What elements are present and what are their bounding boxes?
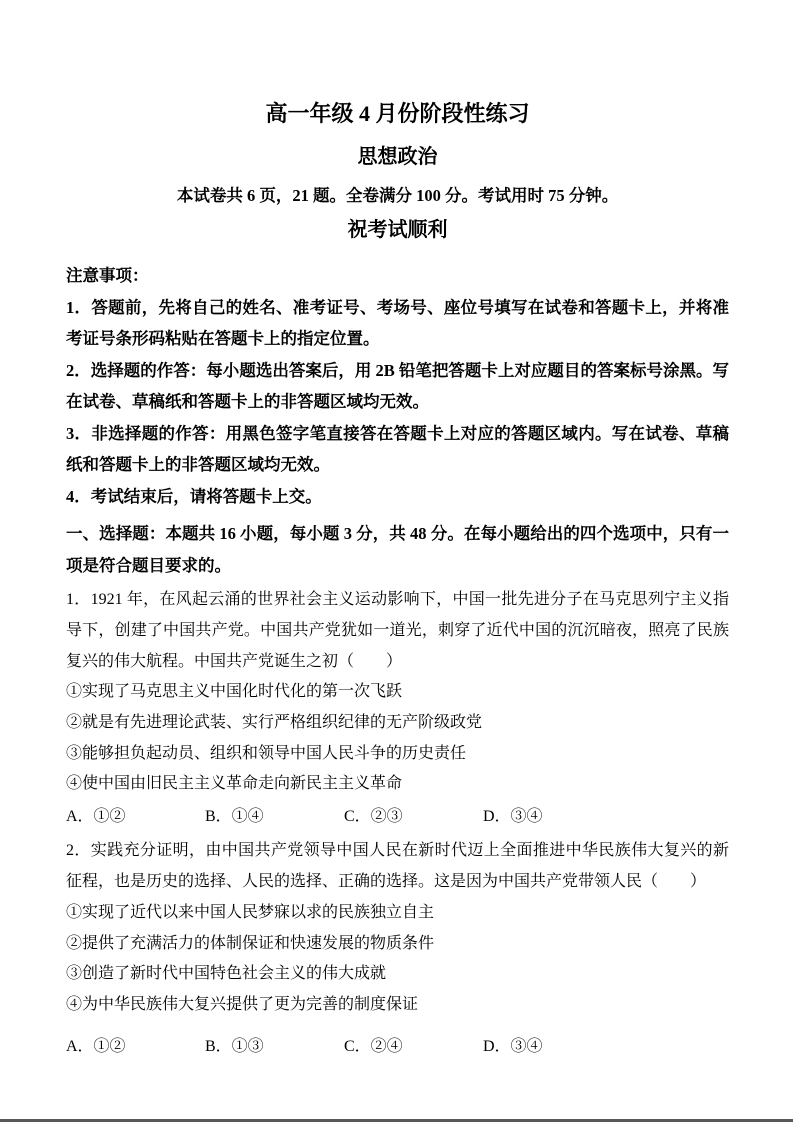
notice-item-3: 3．非选择题的作答：用黑色签字笔直接答在答题卡上对应的答题区域内。写在试卷、草稿…	[66, 418, 729, 481]
question-1-option-b: B．①④	[205, 802, 344, 833]
notice-item-1: 1．答题前，先将自己的姓名、准考证号、考场号、座位号填写在试卷和答题卡上，并将准…	[66, 292, 729, 355]
question-2-option-c: C．②④	[344, 1032, 483, 1063]
question-1: 1．1921 年，在风起云涌的世界社会主义运动影响下，中国一批先进分子在马克思列…	[66, 585, 729, 832]
question-1-option-c: C．②③	[344, 802, 483, 833]
exam-subject: 思想政治	[66, 144, 729, 170]
question-2-statement-3: ③创造了新时代中国特色社会主义的伟大成就	[66, 959, 729, 990]
page-content: 高一年级 4 月份阶段性练习 思想政治 本试卷共 6 页，21 题。全卷满分 1…	[66, 0, 729, 1063]
notice-item-2: 2．选择题的作答：每小题选出答案后，用 2B 铅笔把答题卡上对应题目的答案标号涂…	[66, 355, 729, 418]
question-2-option-a: A．①②	[66, 1032, 205, 1063]
exam-info-line: 本试卷共 6 页，21 题。全卷满分 100 分。考试用时 75 分钟。	[66, 184, 729, 208]
question-1-statement-4: ④使中国由旧民主主义革命走向新民主主义革命	[66, 769, 729, 800]
question-2-option-d: D．③④	[483, 1032, 543, 1063]
exam-wish-line: 祝考试顺利	[66, 217, 729, 244]
question-2-statement-4: ④为中华民族伟大复兴提供了更为完善的制度保证	[66, 990, 729, 1021]
question-1-statement-3: ③能够担负起动员、组织和领导中国人民斗争的历史责任	[66, 739, 729, 770]
notice-item-4: 4．考试结束后，请将答题卡上交。	[66, 481, 729, 513]
exam-title: 高一年级 4 月份阶段性练习	[66, 99, 729, 129]
notice-section: 注意事项： 1．答题前，先将自己的姓名、准考证号、考场号、座位号填写在试卷和答题…	[66, 260, 729, 512]
question-1-option-a: A．①②	[66, 802, 205, 833]
question-2-options-row: A．①② B．①③ C．②④ D．③④	[66, 1032, 729, 1063]
notice-heading: 注意事项：	[66, 260, 729, 292]
exam-paper-page: 高一年级 4 月份阶段性练习 思想政治 本试卷共 6 页，21 题。全卷满分 1…	[0, 0, 793, 1122]
question-1-statement-1: ①实现了马克思主义中国化时代化的第一次飞跃	[66, 677, 729, 708]
question-2-stem: 2．实践充分证明，由中国共产党领导中国人民在新时代迈上全面推进中华民族伟大复兴的…	[66, 836, 729, 898]
question-1-statement-2: ②就是有先进理论武装、实行严格组织纪律的无产阶级政党	[66, 708, 729, 739]
multiple-choice-section-header: 一、选择题：本题共 16 小题，每小题 3 分，共 48 分。在每小题给出的四个…	[66, 518, 729, 581]
question-1-stem: 1．1921 年，在风起云涌的世界社会主义运动影响下，中国一批先进分子在马克思列…	[66, 585, 729, 677]
question-2: 2．实践充分证明，由中国共产党领导中国人民在新时代迈上全面推进中华民族伟大复兴的…	[66, 836, 729, 1063]
question-2-option-b: B．①③	[205, 1032, 344, 1063]
question-2-statement-1: ①实现了近代以来中国人民梦寐以求的民族独立自主	[66, 898, 729, 929]
question-1-option-d: D．③④	[483, 802, 543, 833]
question-1-options-row: A．①② B．①④ C．②③ D．③④	[66, 802, 729, 833]
question-2-statement-2: ②提供了充满活力的体制保证和快速发展的物质条件	[66, 929, 729, 960]
